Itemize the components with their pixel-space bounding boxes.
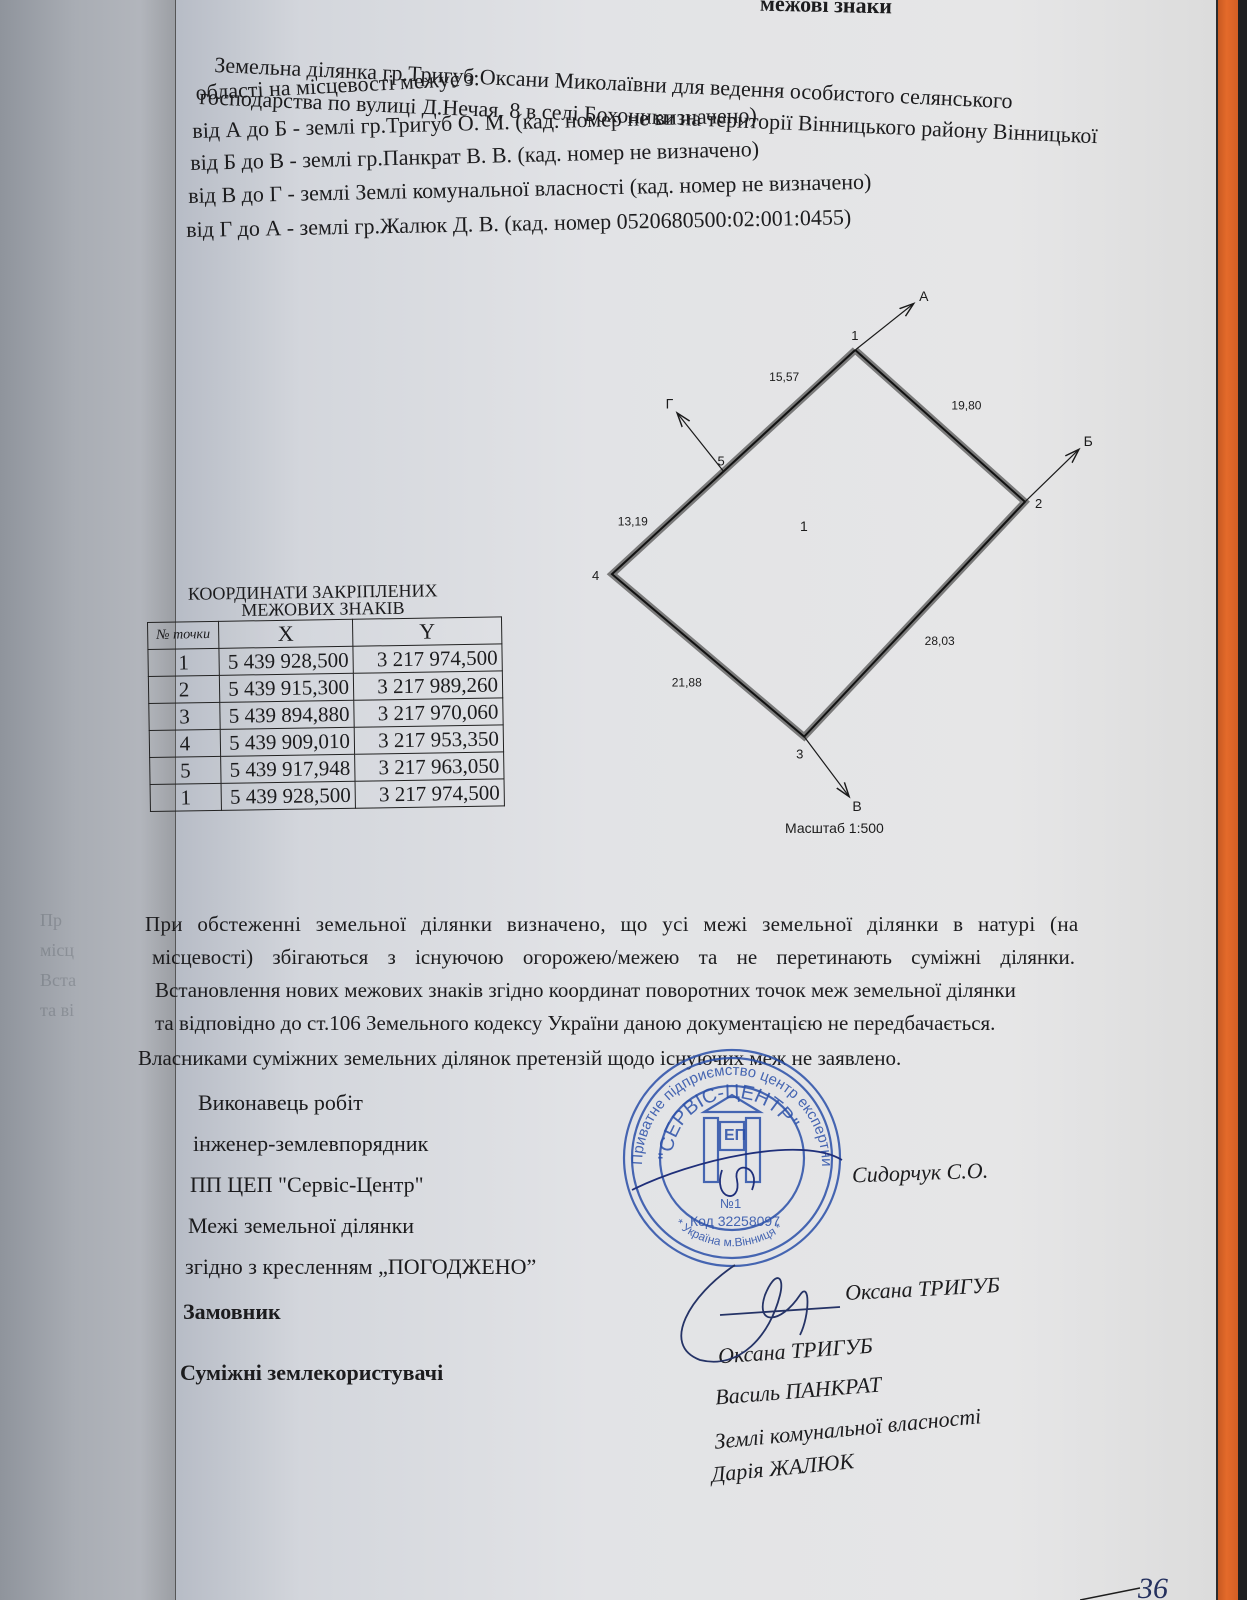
- neighbor-arrow: [677, 413, 724, 472]
- table-row: 15 439 928,5003 217 974,500: [150, 779, 504, 812]
- vertex-label: 1: [851, 328, 858, 343]
- neighbor-marker: А: [919, 288, 929, 304]
- segment-length: 19,80: [951, 399, 981, 413]
- coordinates-title: КООРДИНАТИ ЗАКРІПЛЕНИХ МЕЖОВИХ ЗНАКІВ: [188, 582, 438, 619]
- agreement-line: згідно з кресленням „ПОГОДЖЕНО”: [185, 1254, 536, 1280]
- background-edge: [1238, 0, 1247, 1600]
- section-header: межові знаки: [760, 0, 892, 19]
- folder-edge: [1218, 0, 1240, 1600]
- cell-y: 3 217 970,060: [354, 698, 503, 727]
- cell-n: 1: [150, 783, 221, 811]
- segment-length: 15,57: [769, 370, 799, 384]
- cell-x: 5 439 928,500: [221, 781, 355, 810]
- neighbor-marker: Б: [1084, 433, 1093, 449]
- cell-x: 5 439 917,948: [221, 754, 355, 783]
- vertex-label: 4: [592, 568, 599, 583]
- cell-y: 3 217 989,260: [353, 671, 502, 700]
- cell-n: 1: [148, 648, 219, 676]
- stamp-logo: ЕП: [724, 1127, 746, 1144]
- cell-y: 3 217 953,350: [354, 725, 503, 754]
- cell-x: 5 439 909,010: [220, 727, 354, 756]
- vertex-label: 2: [1035, 496, 1042, 511]
- neighbor-marker: В: [852, 798, 861, 814]
- stamp-code: Код 32258097: [690, 1213, 780, 1229]
- cell-x: 5 439 915,300: [219, 673, 353, 702]
- executor-company: ПП ЦЕП "Сервіс-Центр": [190, 1172, 424, 1198]
- column-header-point: № точки: [148, 621, 219, 649]
- company-stamp: Приватне підприємство центр експертних п…: [612, 1040, 852, 1270]
- agreement-line: Межі земельної ділянки: [188, 1213, 414, 1239]
- segment-length: 28,03: [925, 634, 955, 648]
- neighbor-arrow: [804, 737, 849, 797]
- cell-n: 3: [149, 702, 220, 730]
- coordinates-table: № точки X Y 15 439 928,5003 217 974,5002…: [147, 616, 505, 812]
- cell-n: 2: [148, 675, 219, 703]
- column-header-y: Y: [352, 617, 501, 646]
- conclusion-line: та відповідно до ст.106 Земельного кодек…: [155, 1007, 995, 1039]
- neighbors-label: Суміжні землекористувачі: [180, 1360, 443, 1386]
- conclusion-line: Встановлення нових межових знаків згідно…: [155, 974, 1016, 1006]
- cell-x: 5 439 894,880: [220, 700, 354, 729]
- coordinates-title-line: МЕЖОВИХ ЗНАКІВ: [208, 599, 438, 619]
- cell-n: 4: [149, 729, 220, 757]
- cell-y: 3 217 974,500: [355, 779, 504, 808]
- svg-text:36: 36: [1137, 1572, 1168, 1600]
- page-number: 36: [1080, 1560, 1180, 1600]
- conclusion-line: місцевості) збігаються з існуючою огорож…: [152, 941, 1075, 973]
- scale-label: Масштаб 1:500: [785, 820, 884, 836]
- neighbor-arrow: [855, 304, 914, 351]
- cell-y: 3 217 974,500: [353, 644, 502, 673]
- neighbor-arrow: [1025, 449, 1079, 502]
- vertex-label: 3: [796, 747, 803, 762]
- segment-length: 13,19: [618, 515, 648, 529]
- segment-length: 21,88: [672, 676, 702, 690]
- cell-n: 5: [150, 756, 221, 784]
- customer-signature: [660, 1255, 860, 1375]
- executor-name: Сидорчук С.О.: [852, 1158, 989, 1189]
- neighbor-marker: Г: [666, 395, 674, 411]
- cell-y: 3 217 963,050: [355, 752, 504, 781]
- conclusion-line: При обстеженні земельної ділянки визначе…: [145, 908, 1079, 940]
- stamp-number: №1: [720, 1196, 741, 1211]
- ghost-text: ПрмісцВстата ві: [40, 905, 76, 1025]
- customer-label: Замовник: [183, 1299, 281, 1325]
- parcel-plan-drawing: 1234519,8028,0321,8813,1915,57АБВГ1Масшт…: [560, 280, 1120, 860]
- column-header-x: X: [218, 619, 352, 648]
- executor-title: Виконавець робіт: [198, 1090, 363, 1116]
- cell-x: 5 439 928,500: [219, 646, 353, 675]
- parcel-number: 1: [800, 518, 808, 534]
- executor-position: інженер-землевпорядник: [193, 1131, 428, 1157]
